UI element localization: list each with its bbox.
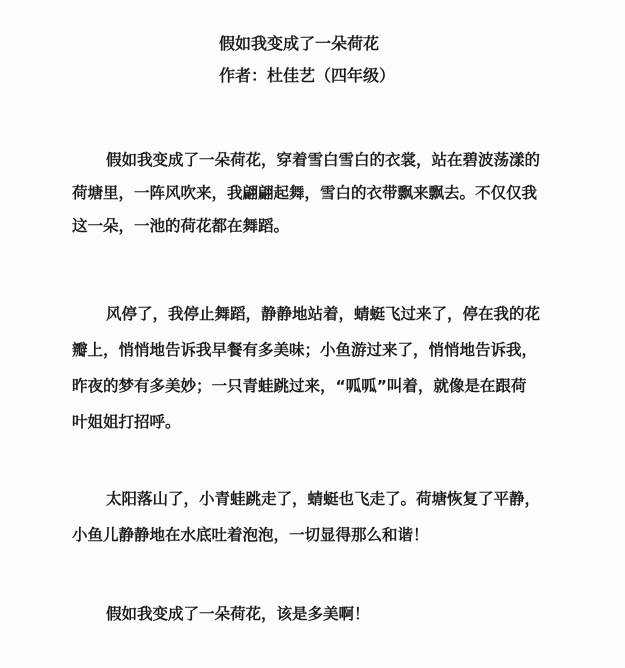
paragraph-line: 假如我变成了一朵荷花，该是多美啊！	[72, 598, 562, 631]
scanned-document-page: 假如我变成了一朵荷花 作者：杜佳艺（四年级） 假如我变成了一朵荷花，穿着雪白雪白…	[0, 0, 625, 668]
paragraph-4: 假如我变成了一朵荷花，该是多美啊！	[72, 598, 562, 631]
essay-title: 假如我变成了一朵荷花	[219, 34, 379, 54]
paragraph-line: 荷塘里，一阵风吹来，我翩翩起舞，雪白的衣带飘来飘去。不仅仅我	[72, 177, 562, 210]
paragraph-line: 昨夜的梦有多美妙；一只青蛙跳过来，“呱呱”叫着，就像是在跟荷	[72, 368, 562, 404]
paragraph-line: 假如我变成了一朵荷花，穿着雪白雪白的衣裳，站在碧波荡漾的	[72, 144, 562, 177]
paragraph-line: 叶姐姐打招呼。	[72, 404, 562, 440]
paragraph-line: 这一朵，一池的荷花都在舞蹈。	[72, 210, 562, 243]
paragraph-line: 太阳落山了，小青蛙跳走了，蜻蜓也飞走了。荷塘恢复了平静，	[72, 481, 562, 517]
paragraph-line: 瓣上，悄悄地告诉我早餐有多美味；小鱼游过来了，悄悄地告诉我，	[72, 332, 562, 368]
paragraph-line: 风停了，我停止舞蹈，静静地站着，蜻蜓飞过来了，停在我的花	[72, 296, 562, 332]
author-line: 作者：杜佳艺（四年级）	[219, 66, 395, 86]
paragraph-2: 风停了，我停止舞蹈，静静地站着，蜻蜓飞过来了，停在我的花 瓣上，悄悄地告诉我早餐…	[72, 296, 562, 440]
paragraph-1: 假如我变成了一朵荷花，穿着雪白雪白的衣裳，站在碧波荡漾的 荷塘里，一阵风吹来，我…	[72, 144, 562, 243]
paragraph-line: 小鱼儿静静地在水底吐着泡泡，一切显得那么和谐！	[72, 517, 562, 553]
paragraph-3: 太阳落山了，小青蛙跳走了，蜻蜓也飞走了。荷塘恢复了平静， 小鱼儿静静地在水底吐着…	[72, 481, 562, 553]
